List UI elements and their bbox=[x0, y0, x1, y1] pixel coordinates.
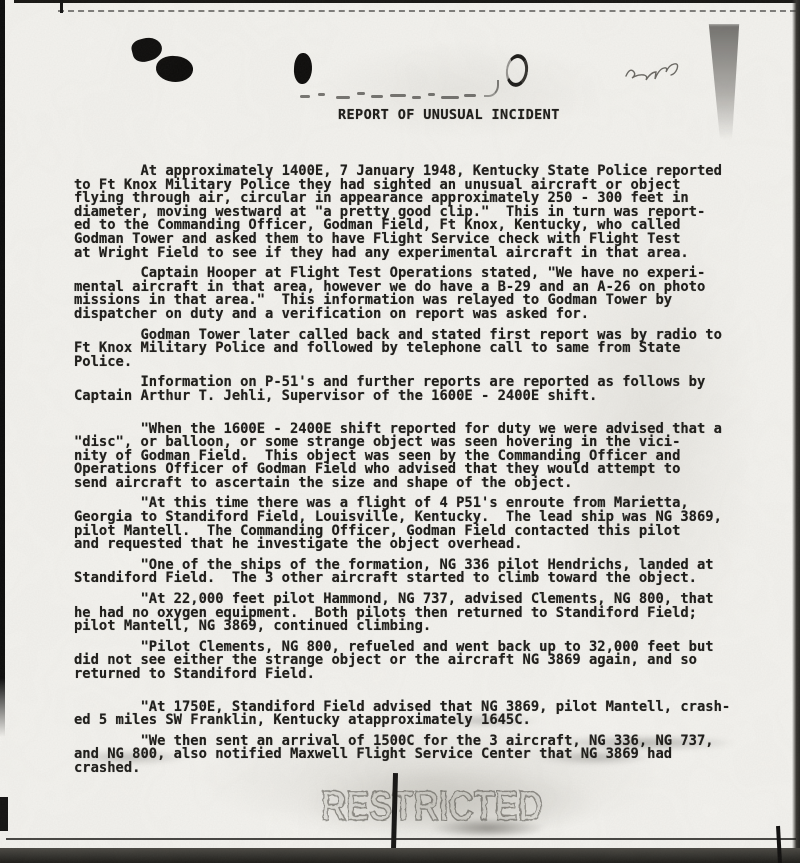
stamp-remnant-dash bbox=[412, 96, 421, 99]
document-body: At approximately 1400E, 7 January 1948, … bbox=[74, 165, 754, 783]
stamp-remnant-dash bbox=[371, 95, 383, 98]
stamp-shadow-smudge bbox=[430, 818, 545, 838]
report-title: REPORT OF UNUSUAL INCIDENT bbox=[338, 108, 560, 123]
stamp-remnant-dash bbox=[357, 92, 365, 95]
paragraph: "At this time there was a flight of 4 P5… bbox=[74, 497, 754, 551]
right-edge-band bbox=[792, 0, 800, 863]
footer-left-mark bbox=[0, 797, 8, 831]
paragraph: "At 22,000 feet pilot Hammond, NG 737, a… bbox=[74, 593, 754, 634]
paragraph: Godman Tower later called back and state… bbox=[74, 329, 754, 370]
stamp-remnant-dash bbox=[428, 93, 435, 96]
ink-blob bbox=[155, 54, 195, 84]
footer-dark-band bbox=[0, 848, 800, 863]
paragraph: Captain Hooper at Flight Test Operations… bbox=[74, 267, 754, 321]
stamp-remnant-dash bbox=[318, 93, 325, 96]
paragraph: At approximately 1400E, 7 January 1948, … bbox=[74, 165, 754, 260]
paragraph: Information on P-51's and further report… bbox=[74, 376, 754, 403]
footer-rule-line bbox=[6, 838, 796, 840]
stamp-remnant-dash bbox=[464, 94, 476, 97]
top-edge-dashed-line bbox=[58, 10, 796, 12]
left-edge-bar bbox=[0, 0, 5, 737]
paragraph: "When the 1600E - 2400E shift reported f… bbox=[74, 423, 754, 491]
top-edge-tick bbox=[60, 0, 63, 13]
top-edge-line bbox=[14, 0, 800, 3]
paragraph: "At 1750E, Standiford Field advised that… bbox=[74, 701, 754, 728]
stamp-remnant-dash bbox=[441, 96, 459, 99]
stamp-remnant-dash bbox=[336, 96, 350, 99]
paragraph: "One of the ships of the formation, NG 3… bbox=[74, 559, 754, 586]
stamp-remnant-dash bbox=[390, 94, 406, 97]
footer-right-tick bbox=[776, 826, 782, 863]
scanned-document-page: REPORT OF UNUSUAL INCIDENT At approximat… bbox=[0, 0, 800, 863]
stamp-remnant-dash bbox=[300, 95, 310, 98]
paragraph: "Pilot Clements, NG 800, refueled and we… bbox=[74, 641, 754, 682]
